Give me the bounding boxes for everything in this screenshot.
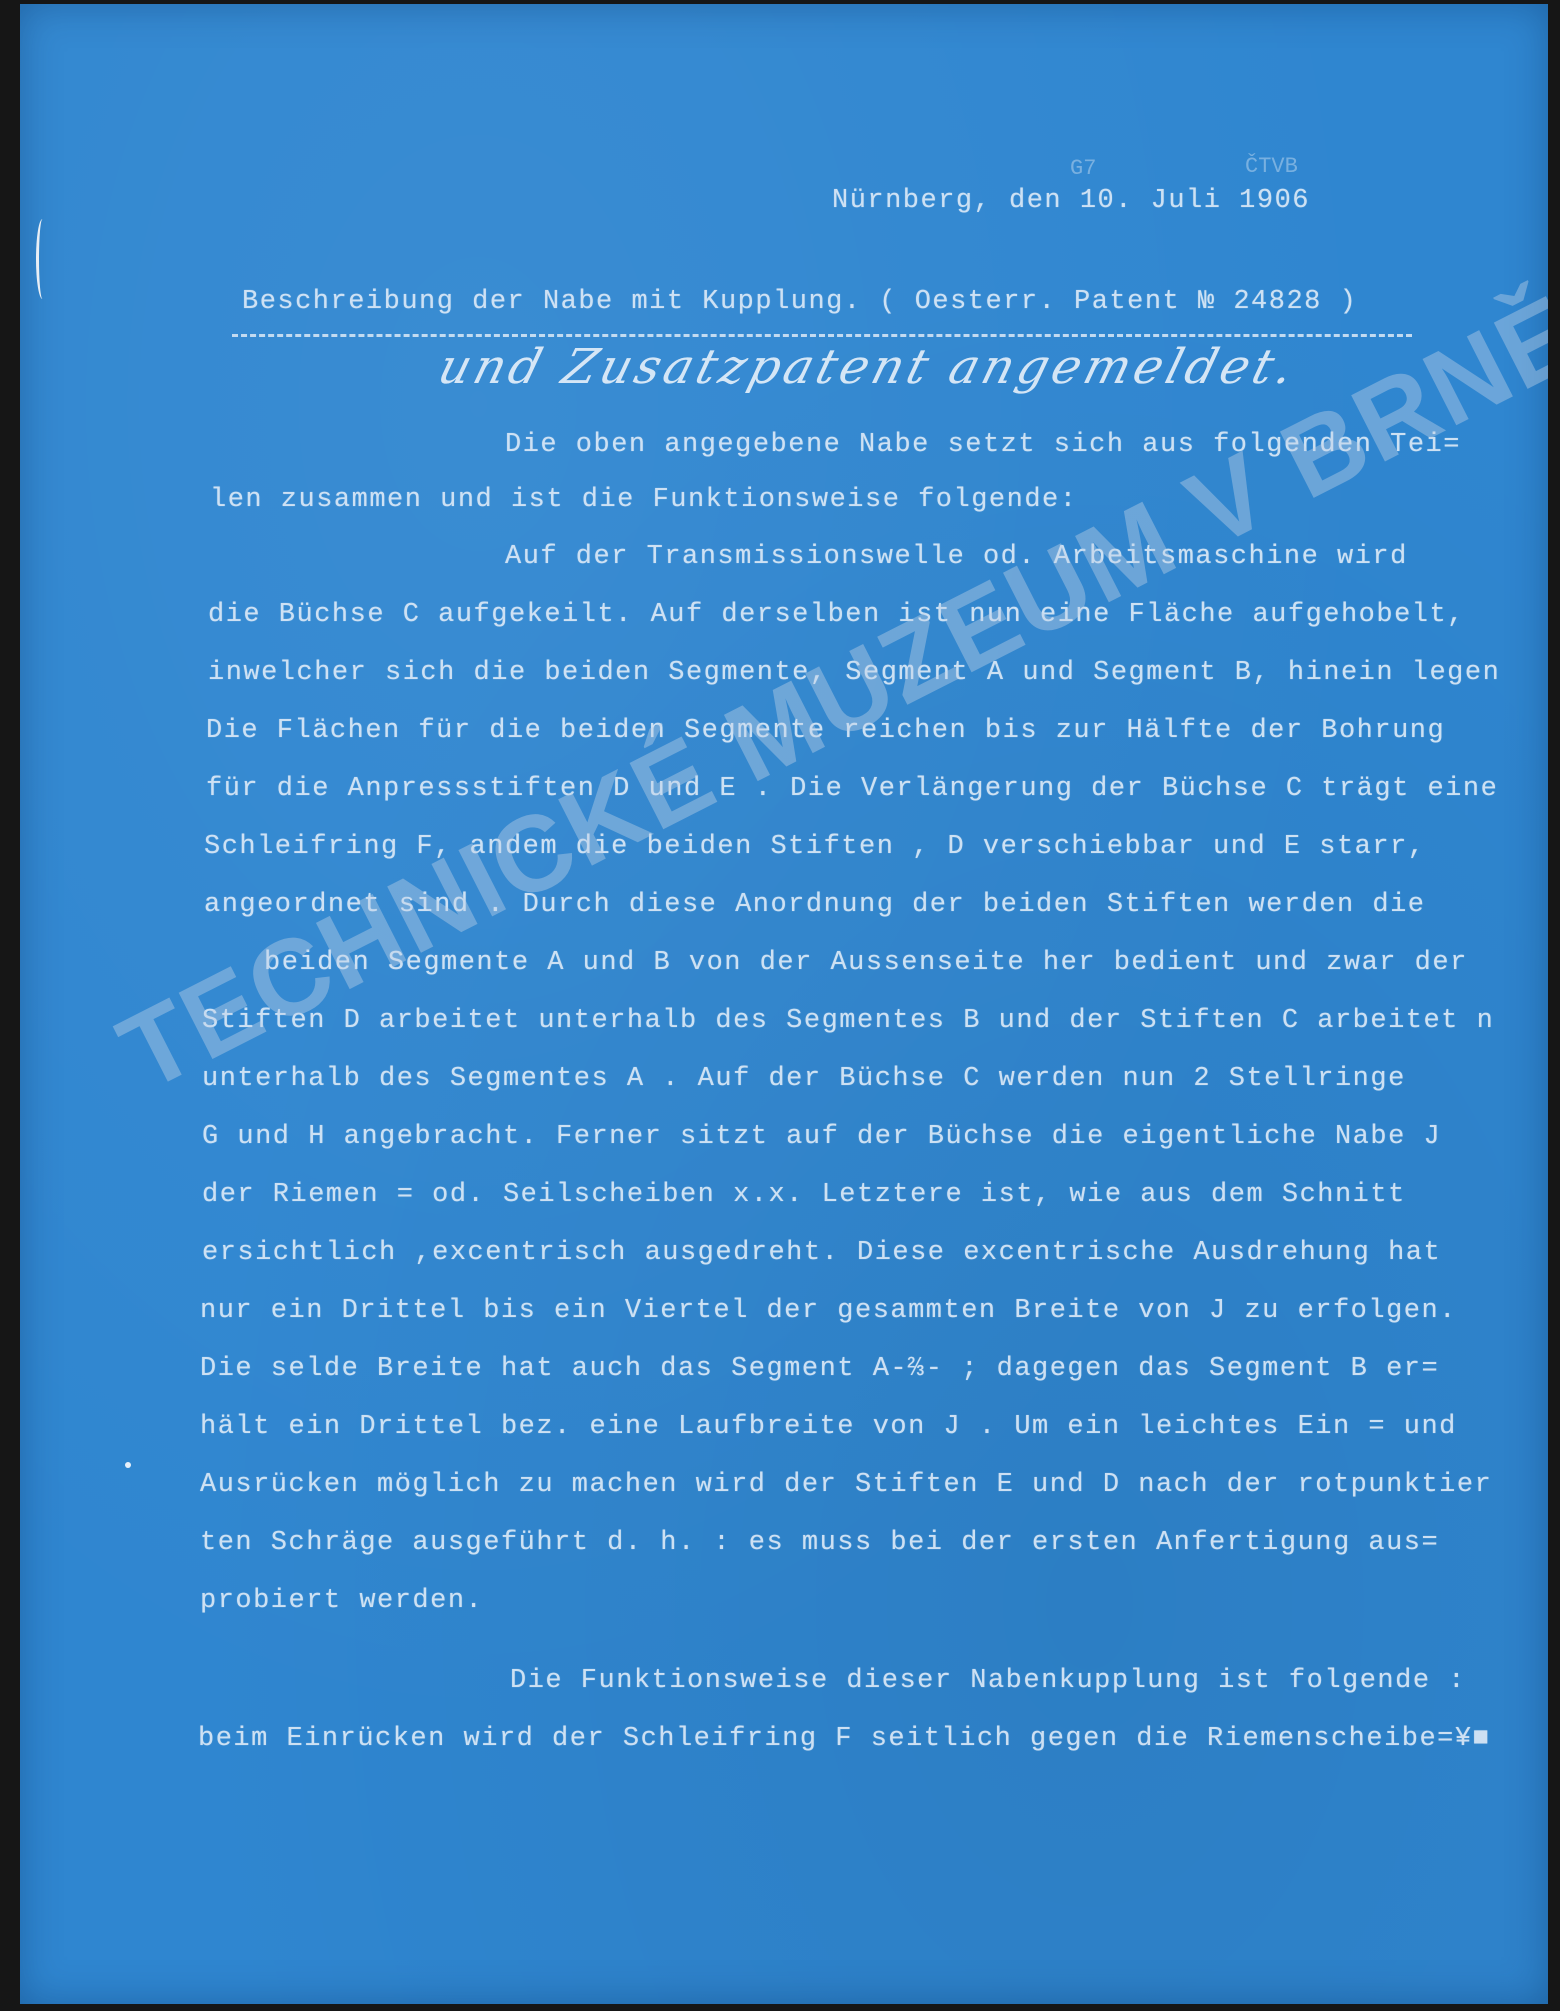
text-line: probiert werden. bbox=[200, 1586, 483, 1616]
museum-watermark: TECHNICKÉ MUZEUM V BRNĚ bbox=[100, 269, 1548, 1115]
text-line: len zusammen und ist die Funktionsweise … bbox=[210, 485, 1077, 515]
handwritten-note: und Zusatzpatent angemeldet. bbox=[432, 339, 1303, 395]
text-line: Stiften D arbeitet unterhalb des Segment… bbox=[202, 1006, 1494, 1036]
document-title: Beschreibung der Nabe mit Kupplung. ( Oe… bbox=[242, 287, 1357, 317]
text-line: Die Funktionsweise dieser Nabenkupplung … bbox=[510, 1666, 1466, 1696]
text-line: für die Anpressstiften D und E . Die Ver… bbox=[206, 774, 1498, 804]
page-edge-notch bbox=[36, 219, 49, 299]
text-line: ten Schräge ausgeführt d. h. : es muss b… bbox=[200, 1528, 1439, 1558]
scan-frame: G7 ČTVB Nürnberg, den 10. Juli 1906 Besc… bbox=[0, 0, 1560, 2011]
text-line: hält ein Drittel bez. eine Laufbreite vo… bbox=[200, 1412, 1457, 1442]
text-line: beim Einrücken wird der Schleifring F se… bbox=[198, 1724, 1490, 1754]
dateline: Nürnberg, den 10. Juli 1906 bbox=[832, 186, 1310, 216]
title-underline bbox=[232, 334, 1412, 337]
blueprint-page: G7 ČTVB Nürnberg, den 10. Juli 1906 Besc… bbox=[20, 4, 1548, 2004]
text-line: G und H angebracht. Ferner sitzt auf der… bbox=[202, 1122, 1441, 1152]
text-line: Ausrücken möglich zu machen wird der Sti… bbox=[200, 1470, 1492, 1500]
text-line: Die selde Breite hat auch das Segment A-… bbox=[200, 1354, 1439, 1384]
text-line: der Riemen = od. Seilscheiben x.x. Letzt… bbox=[202, 1180, 1406, 1210]
faint-mark: ČTVB bbox=[1245, 154, 1298, 179]
text-line: nur ein Drittel bis ein Viertel der gesa… bbox=[200, 1296, 1457, 1326]
text-line: ersichtlich ,excentrisch ausgedreht. Die… bbox=[202, 1238, 1441, 1268]
text-line: unterhalb des Segmentes A . Auf der Büch… bbox=[202, 1064, 1406, 1094]
faint-mark: G7 bbox=[1070, 156, 1096, 181]
text-line: die Büchse C aufgekeilt. Auf derselben i… bbox=[208, 600, 1465, 630]
stray-mark bbox=[125, 1462, 131, 1468]
